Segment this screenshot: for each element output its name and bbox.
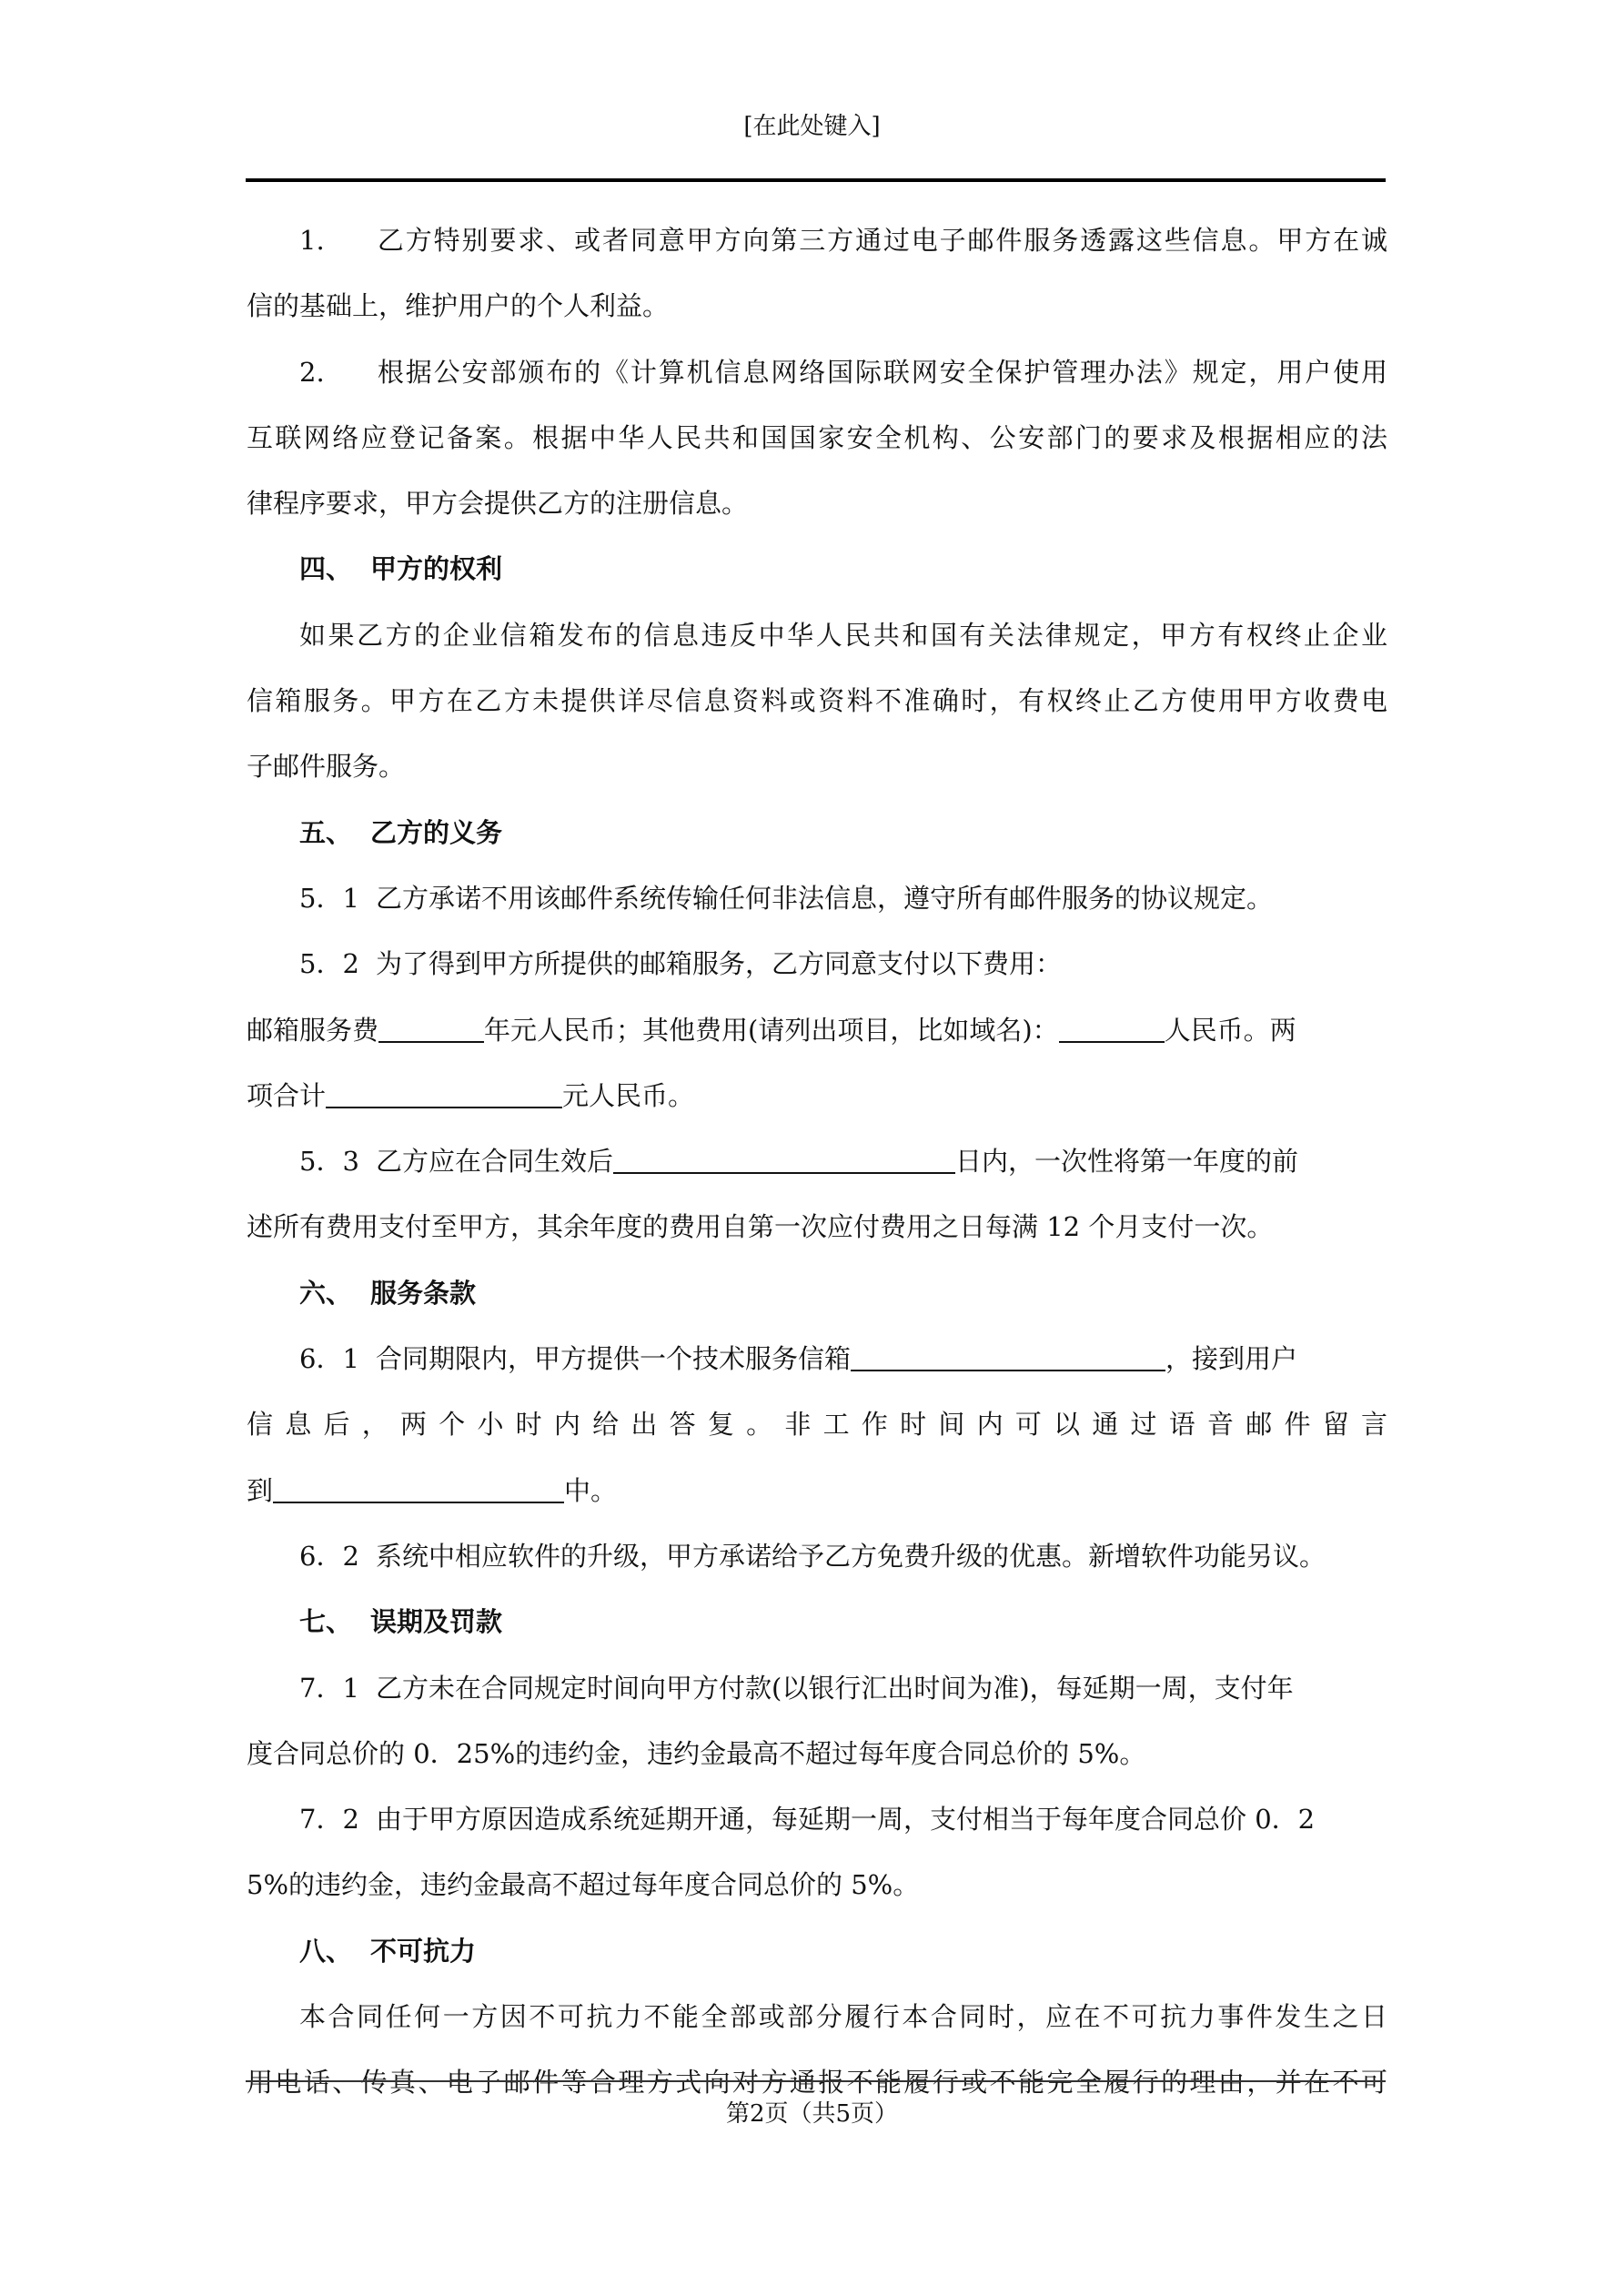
section-title: 乙方的义务 <box>370 817 502 848</box>
clause-6-1: 6．1合同期限内，甲方提供一个技术服务信箱，接到用户 <box>247 1326 1387 1391</box>
fee-text: 人民币。两 <box>1165 1015 1296 1046</box>
clause-number: 7．2 <box>299 1786 376 1852</box>
section-title: 误期及罚款 <box>370 1606 502 1637</box>
clause-text: 系统中相应软件的升级，甲方承诺给予乙方免费升级的优惠。新增软件功能另议。 <box>376 1541 1326 1572</box>
clause-6-1-line-2: 信息后，两个小时内给出答复。非工作时间内可以通过语音邮件留言 <box>247 1391 1387 1457</box>
total-fee-blank[interactable] <box>326 1079 562 1108</box>
section-heading-4: 四、甲方的权利 <box>247 536 1387 602</box>
section-number: 四、 <box>299 536 370 602</box>
header-divider <box>246 178 1386 182</box>
fee-line-2: 项合计元人民币。 <box>247 1063 1387 1128</box>
clause-6-1-line-3: 到中。 <box>247 1458 1387 1523</box>
clause-text: 乙方承诺不用该邮件系统传输任何非法信息，遵守所有邮件服务的协议规定。 <box>376 883 1273 914</box>
clause-7-1: 7．1乙方未在合同规定时间向甲方付款(以银行汇出时间为准)，每延期一周，支付年 <box>247 1655 1387 1721</box>
clause-text: ，接到用户 <box>1165 1343 1297 1374</box>
section-heading-6: 六、服务条款 <box>247 1260 1387 1326</box>
clause-text: 到 <box>247 1475 273 1506</box>
fee-text: 年元人民币；其他费用(请列出项目，比如域名)： <box>484 1015 1059 1046</box>
clause-7-2: 7．2由于甲方原因造成系统延期开通，每延期一周，支付相当于每年度合同总价 0．2 <box>247 1786 1387 1852</box>
section-heading-5: 五、乙方的义务 <box>247 800 1387 865</box>
clause-number: 5．2 <box>299 931 376 996</box>
paragraph-2-line-3: 律程序要求，甲方会提供乙方的注册信息。 <box>247 470 1387 536</box>
clause-text: 合同期限内，甲方提供一个技术服务信箱 <box>376 1343 851 1374</box>
clause-text: 乙方应在合同生效后 <box>376 1146 613 1177</box>
section-title: 服务条款 <box>370 1278 476 1309</box>
section-title: 甲方的权利 <box>370 553 502 584</box>
section-4-line-2: 信箱服务。甲方在乙方未提供详尽信息资料或资料不准确时，有权终止乙方使用甲方收费电 <box>247 668 1387 733</box>
clause-7-2-line-2: 5%的违约金，违约金最高不超过每年度合同总价的 5%。 <box>247 1852 1387 1917</box>
clause-5-1: 5．1乙方承诺不用该邮件系统传输任何非法信息，遵守所有邮件服务的协议规定。 <box>247 865 1387 931</box>
clause-text: 日内，一次性将第一年度的前 <box>955 1146 1298 1177</box>
paragraph-2-line-1: 2.根据公安部颁布的《计算机信息网络国际联网安全保护管理办法》规定，用户使用 <box>247 339 1387 405</box>
clause-6-2: 6．2系统中相应软件的升级，甲方承诺给予乙方免费升级的优惠。新增软件功能另议。 <box>247 1523 1387 1589</box>
fee-label: 邮箱服务费 <box>247 1015 378 1046</box>
footer-divider <box>246 2080 1386 2082</box>
clause-text: 中。 <box>564 1475 617 1506</box>
clause-5-2: 5．2为了得到甲方所提供的邮箱服务，乙方同意支付以下费用： <box>247 931 1387 996</box>
page-header: [在此处键入] <box>0 111 1624 142</box>
section-heading-8: 八、不可抗力 <box>247 1918 1387 1984</box>
paragraph-1-line-2: 信的基础上，维护用户的个人利益。 <box>247 273 1387 339</box>
section-heading-7: 七、误期及罚款 <box>247 1589 1387 1654</box>
page-number: 第2页（共5页） <box>0 2099 1624 2129</box>
section-number: 八、 <box>299 1918 370 1984</box>
section-number: 五、 <box>299 800 370 865</box>
clause-number: 5．3 <box>299 1128 376 1194</box>
section-4-line-3: 子邮件服务。 <box>247 733 1387 799</box>
clause-number: 5．1 <box>299 865 376 931</box>
section-number: 七、 <box>299 1589 370 1654</box>
clause-text: 为了得到甲方所提供的邮箱服务，乙方同意支付以下费用： <box>376 948 1062 979</box>
section-8-line-1: 本合同任何一方因不可抗力不能全部或部分履行本合同时，应在不可抗力事件发生之日 <box>247 1984 1387 2049</box>
clause-number: 6．1 <box>299 1326 376 1391</box>
paragraph-text: 乙方特别要求、或者同意甲方向第三方通过电子邮件服务透露这些信息。甲方在诚 <box>376 225 1387 256</box>
total-text: 元人民币。 <box>562 1080 694 1111</box>
clause-number: 7．1 <box>299 1655 376 1721</box>
section-title: 不可抗力 <box>370 1936 476 1967</box>
section-4-line-1: 如果乙方的企业信箱发布的信息违反中华人民共和国有关法律规定，甲方有权终止企业 <box>247 602 1387 668</box>
clause-number: 1. <box>299 207 376 273</box>
paragraph-1-line-1: 1.乙方特别要求、或者同意甲方向第三方通过电子邮件服务透露这些信息。甲方在诚 <box>247 207 1387 273</box>
mailbox-fee-blank[interactable] <box>378 1014 484 1043</box>
clause-number: 2. <box>299 339 376 405</box>
clause-text: 由于甲方原因造成系统延期开通，每延期一周，支付相当于每年度合同总价 0．2 <box>376 1804 1315 1835</box>
support-mailbox-blank[interactable] <box>851 1342 1165 1371</box>
section-number: 六、 <box>299 1260 370 1326</box>
clause-5-3-line-2: 述所有费用支付至甲方，其余年度的费用自第一次应付费用之日每满 12 个月支付一次… <box>247 1194 1387 1259</box>
total-label: 项合计 <box>247 1080 326 1111</box>
paragraph-text: 根据公安部颁布的《计算机信息网络国际联网安全保护管理办法》规定，用户使用 <box>376 357 1387 388</box>
document-body: 1.乙方特别要求、或者同意甲方向第三方通过电子邮件服务透露这些信息。甲方在诚 信… <box>247 207 1387 2116</box>
voicemail-blank[interactable] <box>273 1474 564 1503</box>
clause-7-1-line-2: 度合同总价的 0．25%的违约金，违约金最高不超过每年度合同总价的 5%。 <box>247 1721 1387 1786</box>
fee-line-1: 邮箱服务费年元人民币；其他费用(请列出项目，比如域名)：人民币。两 <box>247 997 1387 1063</box>
clause-text: 乙方未在合同规定时间向甲方付款(以银行汇出时间为准)，每延期一周，支付年 <box>376 1673 1294 1704</box>
clause-number: 6．2 <box>299 1523 376 1589</box>
paragraph-2-line-2: 互联网络应登记备案。根据中华人民共和国国家安全机构、公安部门的要求及根据相应的法 <box>247 405 1387 470</box>
payment-days-blank[interactable] <box>613 1145 955 1174</box>
other-fee-blank[interactable] <box>1059 1014 1165 1043</box>
clause-5-3: 5．3乙方应在合同生效后日内，一次性将第一年度的前 <box>247 1128 1387 1194</box>
